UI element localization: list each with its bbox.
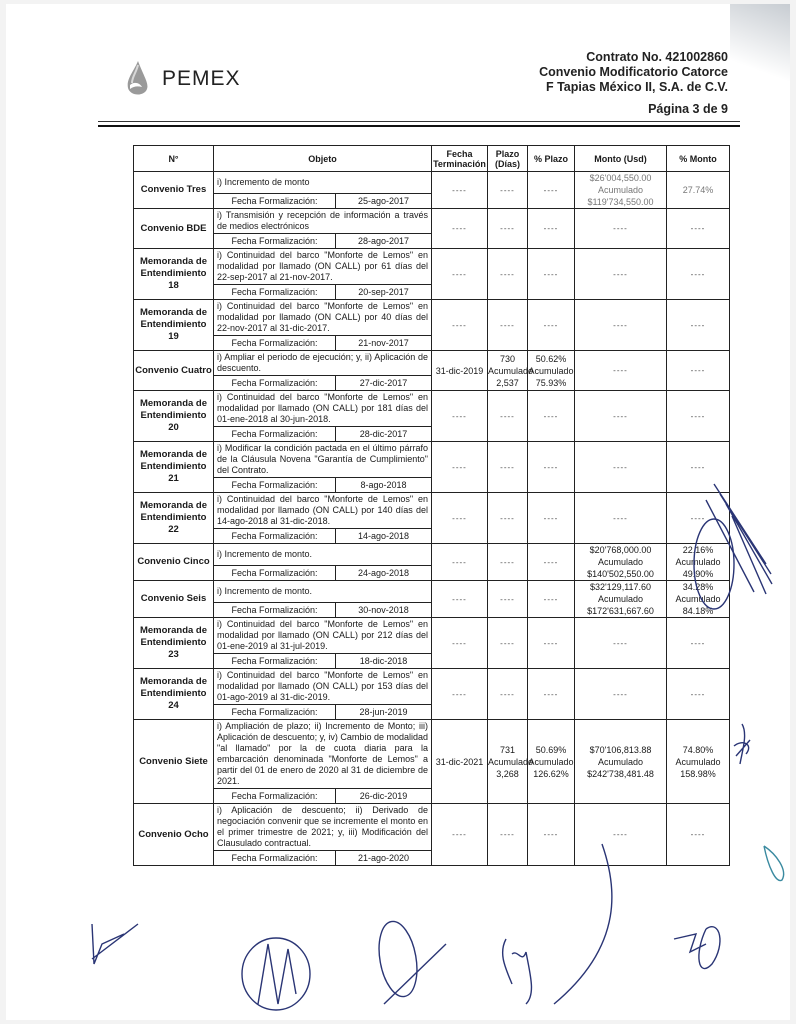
table-row: Convenio Ochoi) Aplicación de descuento;… — [134, 804, 730, 851]
plazo-dias-value: 730 — [488, 353, 527, 365]
plazo-dias-value: 731 — [488, 744, 527, 756]
acumulado-label: Acumulado — [667, 556, 729, 568]
pct-plazo: ---- — [528, 391, 575, 442]
pct-monto-value: 74.80% — [667, 744, 729, 756]
pct-plazo-acumulado: 75.93% — [528, 377, 574, 389]
col-header-monto: Monto (Usd) — [575, 146, 667, 172]
agreement-object: i) Continuidad del barco "Monforte de Le… — [214, 493, 432, 529]
monto-usd: ---- — [575, 351, 667, 391]
fecha-formalizacion-label: Fecha Formalización: — [214, 566, 336, 581]
pct-monto: 22.16%Acumulado49.90% — [667, 544, 730, 581]
agreement-object: i) Continuidad del barco "Monforte de Le… — [214, 669, 432, 705]
document-page: PEMEX Contrato No. 421002860 Convenio Mo… — [6, 4, 790, 1020]
monto-usd-value: $70'106,813.88 — [575, 744, 666, 756]
pct-plazo: ---- — [528, 669, 575, 720]
pct-plazo: ---- — [528, 804, 575, 866]
plazo-dias: ---- — [488, 249, 528, 300]
table-row: Convenio Cincoi) Incremento de monto.---… — [134, 544, 730, 566]
pct-monto-value: 27.74% — [667, 184, 729, 196]
monto-usd: ---- — [575, 442, 667, 493]
pct-plazo: 50.69%Acumulado126.62% — [528, 720, 575, 804]
fecha-formalizacion-value: 28-ago-2017 — [336, 234, 432, 249]
agreement-name: Convenio Ocho — [134, 804, 214, 866]
fecha-formalizacion-value: 28-dic-2017 — [336, 427, 432, 442]
fecha-formalizacion-value: 8-ago-2018 — [336, 478, 432, 493]
acumulado-label: Acumulado — [528, 365, 574, 377]
fecha-formalizacion-label: Fecha Formalización: — [214, 789, 336, 804]
col-header-pct-monto: % Monto — [667, 146, 730, 172]
agreement-name: Memoranda de Entendimiento 24 — [134, 669, 214, 720]
plazo-dias: 731Acumulado3,268 — [488, 720, 528, 804]
contract-header: Contrato No. 421002860 Convenio Modifica… — [539, 50, 728, 95]
fecha-formalizacion-label: Fecha Formalización: — [214, 376, 336, 391]
fecha-formalizacion-label: Fecha Formalización: — [214, 285, 336, 300]
fecha-formalizacion-value: 24-ago-2018 — [336, 566, 432, 581]
pct-monto: ---- — [667, 300, 730, 351]
agreement-name: Memoranda de Entendimiento 18 — [134, 249, 214, 300]
fecha-formalizacion-label: Fecha Formalización: — [214, 194, 336, 209]
agreement-object: i) Aplicación de descuento; ii) Derivado… — [214, 804, 432, 851]
pct-plazo: ---- — [528, 544, 575, 581]
fecha-formalizacion-label: Fecha Formalización: — [214, 654, 336, 669]
plazo-dias: 730Acumulado2,537 — [488, 351, 528, 391]
monto-usd: $26'004,550.00Acumulado$119'734,550.00 — [575, 172, 667, 209]
plazo-dias: ---- — [488, 544, 528, 581]
agreement-name: Memoranda de Entendimiento 22 — [134, 493, 214, 544]
bottom-signature-2 — [242, 938, 310, 1010]
fecha-formalizacion-label: Fecha Formalización: — [214, 336, 336, 351]
monto-usd-value: $26'004,550.00 — [575, 172, 666, 184]
plazo-dias: ---- — [488, 581, 528, 618]
logo-text: PEMEX — [162, 67, 241, 91]
agreement-object: i) Incremento de monto. — [214, 544, 432, 566]
pct-monto: ---- — [667, 351, 730, 391]
monto-usd: $32'129,117.60Acumulado$172'631,667.60 — [575, 581, 667, 618]
pct-plazo: ---- — [528, 442, 575, 493]
agreement-object: i) Incremento de monto — [214, 172, 432, 194]
fecha-terminacion: ---- — [432, 249, 488, 300]
acumulado-label: Acumulado — [528, 756, 574, 768]
pct-plazo-value: 50.62% — [528, 353, 574, 365]
agreement-name: Convenio Tres — [134, 172, 214, 209]
fecha-terminacion: 31-dic-2019 — [432, 351, 488, 391]
monto-usd-value: $20'768,000.00 — [575, 544, 666, 556]
monto-usd: ---- — [575, 300, 667, 351]
agreement-object: i) Continuidad del barco "Monforte de Le… — [214, 249, 432, 285]
monto-usd: ---- — [575, 493, 667, 544]
pct-monto: ---- — [667, 391, 730, 442]
fecha-formalizacion-label: Fecha Formalización: — [214, 851, 336, 866]
fecha-formalizacion-label: Fecha Formalización: — [214, 529, 336, 544]
fecha-formalizacion-value: 20-sep-2017 — [336, 285, 432, 300]
plazo-dias: ---- — [488, 172, 528, 209]
fecha-formalizacion-value: 14-ago-2018 — [336, 529, 432, 544]
fecha-terminacion: ---- — [432, 618, 488, 669]
acumulado-label: Acumulado — [575, 756, 666, 768]
pct-plazo: 50.62%Acumulado75.93% — [528, 351, 575, 391]
pct-plazo: ---- — [528, 618, 575, 669]
col-header-fecha-terminacion: Fecha Terminación — [432, 146, 488, 172]
agreement-object: i) Transmisión y recepción de informació… — [214, 209, 432, 234]
agreement-object: i) Continuidad del barco "Monforte de Le… — [214, 391, 432, 427]
pct-plazo: ---- — [528, 581, 575, 618]
acumulado-label: Acumulado — [575, 556, 666, 568]
fecha-terminacion: ---- — [432, 172, 488, 209]
acumulado-label: Acumulado — [488, 365, 527, 377]
pct-plazo: ---- — [528, 172, 575, 209]
table-header-row: N° Objeto Fecha Terminación Plazo (Días)… — [134, 146, 730, 172]
table-row: Convenio BDEi) Transmisión y recepción d… — [134, 209, 730, 234]
pct-monto: ---- — [667, 493, 730, 544]
pct-plazo: ---- — [528, 493, 575, 544]
fecha-formalizacion-value: 26-dic-2019 — [336, 789, 432, 804]
margin-signature-2 — [734, 724, 750, 764]
table-row: Memoranda de Entendimiento 23i) Continui… — [134, 618, 730, 654]
monto-usd-acumulado: $172'631,667.60 — [575, 605, 666, 617]
monto-usd: $20'768,000.00Acumulado$140'502,550.00 — [575, 544, 667, 581]
agreement-object: i) Continuidad del barco "Monforte de Le… — [214, 618, 432, 654]
col-header-plazo: Plazo (Días) — [488, 146, 528, 172]
fecha-terminacion: ---- — [432, 493, 488, 544]
fecha-formalizacion-value: 21-nov-2017 — [336, 336, 432, 351]
plazo-dias: ---- — [488, 300, 528, 351]
agreement-name: Convenio Cinco — [134, 544, 214, 581]
pct-monto: ---- — [667, 669, 730, 720]
pct-monto: ---- — [667, 209, 730, 249]
table-row: Convenio Seisi) Incremento de monto.----… — [134, 581, 730, 603]
acumulado-label: Acumulado — [488, 756, 527, 768]
plazo-dias: ---- — [488, 391, 528, 442]
fecha-formalizacion-value: 28-jun-2019 — [336, 705, 432, 720]
agreement-object: i) Ampliación de plazo; ii) Incremento d… — [214, 720, 432, 789]
agreement-name: Convenio Siete — [134, 720, 214, 804]
plazo-dias: ---- — [488, 804, 528, 866]
teal-initial — [764, 846, 784, 881]
agreement-object: i) Modificar la condición pactada en el … — [214, 442, 432, 478]
monto-usd-acumulado: $140'502,550.00 — [575, 568, 666, 580]
fecha-formalizacion-label: Fecha Formalización: — [214, 234, 336, 249]
pemex-logo: PEMEX — [118, 59, 241, 99]
company-name: F Tapias México II, S.A. de C.V. — [539, 80, 728, 95]
acumulado-label: Acumulado — [575, 593, 666, 605]
bottom-signature-5 — [674, 927, 720, 969]
page-number: Página 3 de 9 — [648, 102, 728, 116]
table-body: Convenio Tresi) Incremento de monto-----… — [134, 172, 730, 866]
fecha-terminacion: ---- — [432, 669, 488, 720]
pct-plazo: ---- — [528, 209, 575, 249]
fecha-terminacion: ---- — [432, 209, 488, 249]
agreement-name: Convenio BDE — [134, 209, 214, 249]
fecha-formalizacion-value: 30-nov-2018 — [336, 603, 432, 618]
agreement-name: Convenio Seis — [134, 581, 214, 618]
fecha-formalizacion-value: 25-ago-2017 — [336, 194, 432, 209]
monto-usd: ---- — [575, 804, 667, 866]
header-rule-thick — [98, 125, 740, 127]
plazo-dias: ---- — [488, 442, 528, 493]
monto-usd: ---- — [575, 209, 667, 249]
agreement-name: Convenio Cuatro — [134, 351, 214, 391]
acumulado-label: Acumulado — [575, 184, 666, 196]
table-row: Convenio Cuatroi) Ampliar el periodo de … — [134, 351, 730, 376]
pct-plazo: ---- — [528, 300, 575, 351]
pct-monto: ---- — [667, 804, 730, 866]
bottom-signature-4 — [503, 939, 532, 1004]
fecha-formalizacion-label: Fecha Formalización: — [214, 478, 336, 493]
pemex-drop-icon — [118, 59, 158, 99]
table-row: Memoranda de Entendimiento 21i) Modifica… — [134, 442, 730, 478]
bottom-signature-1 — [92, 924, 138, 964]
table-row: Convenio Sietei) Ampliación de plazo; ii… — [134, 720, 730, 789]
agreement-name: Memoranda de Entendimiento 21 — [134, 442, 214, 493]
fecha-terminacion: ---- — [432, 391, 488, 442]
table-row: Memoranda de Entendimiento 18i) Continui… — [134, 249, 730, 285]
agreement-object: i) Continuidad del barco "Monforte de Le… — [214, 300, 432, 336]
pct-monto-acumulado: 49.90% — [667, 568, 729, 580]
pct-plazo-acumulado: 126.62% — [528, 768, 574, 780]
table-row: Convenio Tresi) Incremento de monto-----… — [134, 172, 730, 194]
pct-monto: 74.80%Acumulado158.98% — [667, 720, 730, 804]
fecha-formalizacion-label: Fecha Formalización: — [214, 705, 336, 720]
pct-monto-acumulado: 158.98% — [667, 768, 729, 780]
pct-monto: ---- — [667, 249, 730, 300]
table-row: Memoranda de Entendimiento 24i) Continui… — [134, 669, 730, 705]
pct-monto-value: 34.28% — [667, 581, 729, 593]
monto-usd-value: $32'129,117.60 — [575, 581, 666, 593]
table-row: Memoranda de Entendimiento 19i) Continui… — [134, 300, 730, 336]
plazo-dias: ---- — [488, 618, 528, 669]
bottom-signature-3 — [374, 918, 423, 999]
pct-monto-value: 22.16% — [667, 544, 729, 556]
header-rule — [98, 121, 740, 122]
pct-plazo-value: 50.69% — [528, 744, 574, 756]
agreement-object: i) Ampliar el periodo de ejecución; y, i… — [214, 351, 432, 376]
monto-usd: $70'106,813.88Acumulado$242'738,481.48 — [575, 720, 667, 804]
agreement-name: Memoranda de Entendimiento 19 — [134, 300, 214, 351]
fecha-formalizacion-value: 27-dic-2017 — [336, 376, 432, 391]
fecha-terminacion: ---- — [432, 442, 488, 493]
col-header-pct-plazo: % Plazo — [528, 146, 575, 172]
fecha-terminacion: ---- — [432, 300, 488, 351]
pct-monto: 34.28%Acumulado84.18% — [667, 581, 730, 618]
fecha-terminacion: ---- — [432, 581, 488, 618]
monto-usd: ---- — [575, 249, 667, 300]
agreement-object: i) Incremento de monto. — [214, 581, 432, 603]
fecha-formalizacion-label: Fecha Formalización: — [214, 427, 336, 442]
table-row: Memoranda de Entendimiento 20i) Continui… — [134, 391, 730, 427]
pct-monto: ---- — [667, 618, 730, 669]
agreement-name: Convenio Modificatorio Catorce — [539, 65, 728, 80]
pct-plazo: ---- — [528, 249, 575, 300]
plazo-dias: ---- — [488, 493, 528, 544]
agreements-table: N° Objeto Fecha Terminación Plazo (Días)… — [133, 145, 730, 866]
agreement-name: Memoranda de Entendimiento 20 — [134, 391, 214, 442]
pct-monto: ---- — [667, 442, 730, 493]
contract-number: Contrato No. 421002860 — [539, 50, 728, 65]
fecha-terminacion: ---- — [432, 544, 488, 581]
acumulado-label: Acumulado — [667, 593, 729, 605]
col-header-objeto: Objeto — [214, 146, 432, 172]
monto-usd: ---- — [575, 669, 667, 720]
plazo-dias: ---- — [488, 209, 528, 249]
table-row: Memoranda de Entendimiento 22i) Continui… — [134, 493, 730, 529]
acumulado-label: Acumulado — [667, 756, 729, 768]
monto-usd-acumulado: $242'738,481.48 — [575, 768, 666, 780]
scan-shadow — [730, 4, 790, 94]
plazo-dias: ---- — [488, 669, 528, 720]
agreement-name: Memoranda de Entendimiento 23 — [134, 618, 214, 669]
monto-usd-acumulado: $119'734,550.00 — [575, 196, 666, 208]
pct-monto-acumulado: 84.18% — [667, 605, 729, 617]
monto-usd: ---- — [575, 391, 667, 442]
fecha-terminacion: ---- — [432, 804, 488, 866]
monto-usd: ---- — [575, 618, 667, 669]
fecha-formalizacion-value: 21-ago-2020 — [336, 851, 432, 866]
fecha-terminacion: 31-dic-2021 — [432, 720, 488, 804]
pct-monto: 27.74% — [667, 172, 730, 209]
plazo-dias-acumulado: 3,268 — [488, 768, 527, 780]
col-header-no: N° — [134, 146, 214, 172]
fecha-formalizacion-label: Fecha Formalización: — [214, 603, 336, 618]
plazo-dias-acumulado: 2,537 — [488, 377, 527, 389]
fecha-formalizacion-value: 18-dic-2018 — [336, 654, 432, 669]
